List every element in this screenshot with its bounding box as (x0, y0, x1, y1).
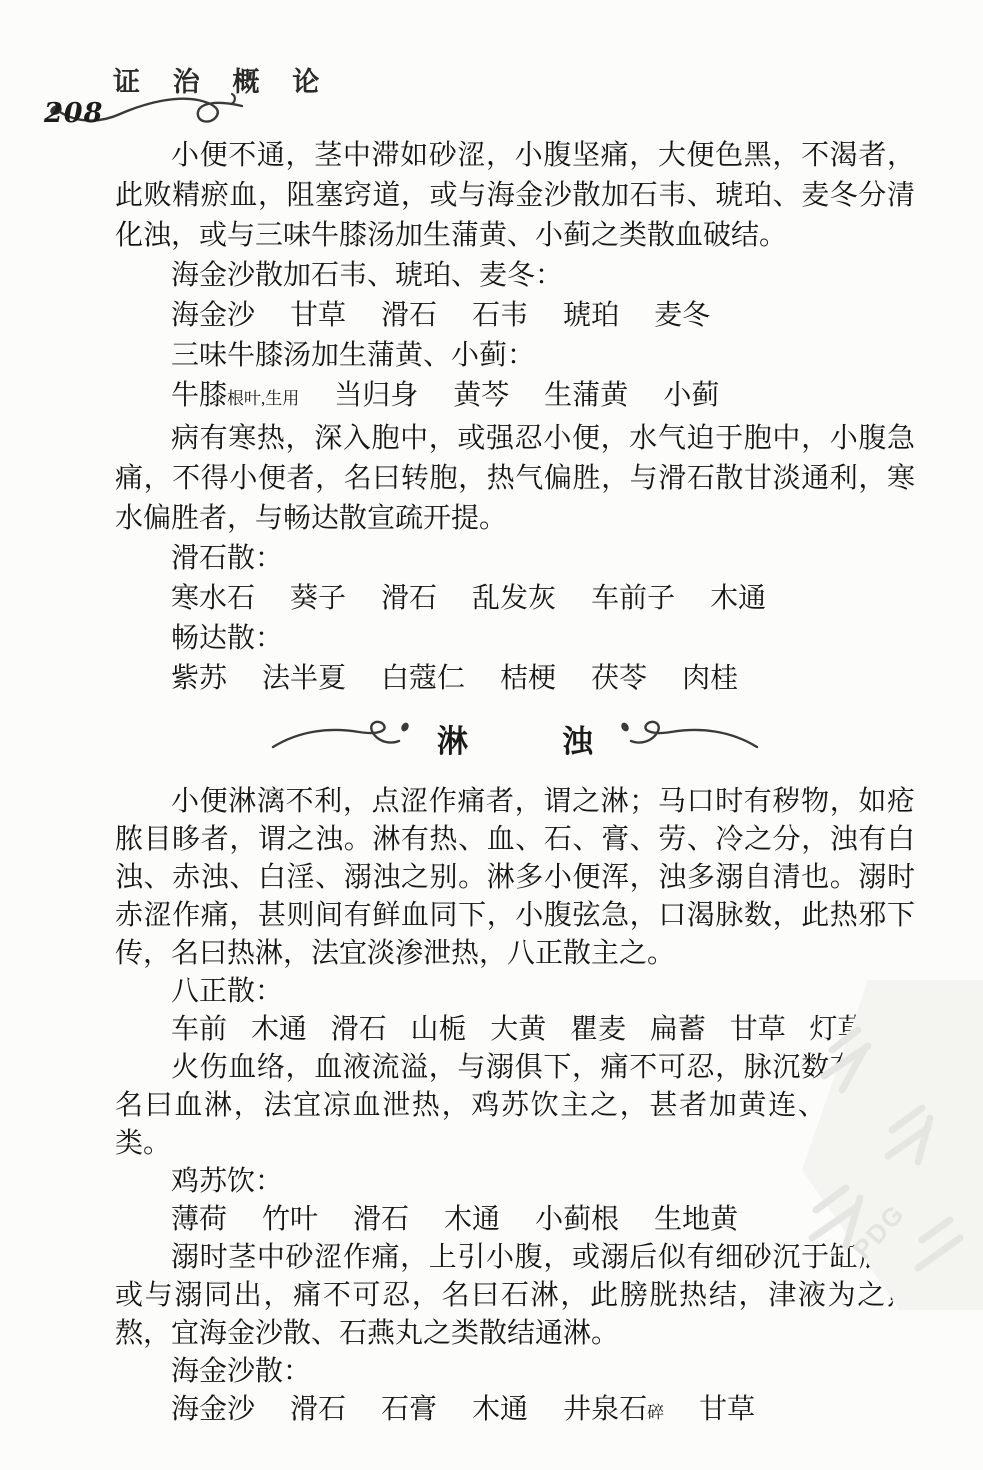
herb-name: 生蒲黄 (544, 376, 628, 416)
herb-name: 滑石 (381, 296, 437, 336)
herb-item: 木通 (251, 1011, 307, 1049)
herb-item: 石韦 (472, 296, 528, 336)
herb-item: 木通 (710, 579, 766, 619)
herb-note: 碎 (647, 1394, 664, 1432)
herb-item: 生蒲黄 (544, 376, 628, 416)
herb-name: 木通 (251, 1011, 307, 1049)
herb-item: 当归身 (334, 376, 418, 416)
herb-name: 寒水石 (171, 579, 255, 619)
herb-name: 海金沙 (171, 296, 255, 336)
herb-name: 黄芩 (453, 376, 509, 416)
herb-item: 琥珀 (563, 296, 619, 336)
herb-item: 竹叶 (262, 1201, 318, 1239)
formula-name: 鸡苏饮： (115, 1163, 915, 1201)
herb-item: 甘草 (699, 1391, 755, 1429)
herb-name: 麦冬 (654, 296, 710, 336)
herb-note: 根叶,生用 (227, 379, 299, 419)
herb-name: 大黄 (490, 1011, 546, 1049)
section-title: 淋 (437, 716, 468, 761)
herb-name: 甘草 (730, 1011, 786, 1049)
herb-list: 寒水石 葵子 滑石 乱发灰 车前子 木通 (115, 579, 915, 619)
herb-item: 滑石 (290, 1391, 346, 1429)
herb-list: 薄荷 竹叶 滑石 木通 小蓟根 生地黄 (115, 1201, 915, 1239)
herb-item: 紫苏 (171, 659, 227, 699)
herb-name: 滑石 (290, 1391, 346, 1429)
herb-name: 小蓟根 (535, 1201, 619, 1239)
paragraph: 小便淋漓不利，点涩作痛者，谓之淋；马口时有秽物，如疮脓目眵者，谓之浊。淋有热、血… (115, 783, 915, 973)
herb-name: 石韦 (472, 296, 528, 336)
herb-item: 车前 (171, 1011, 227, 1049)
herb-item: 茯苓 (591, 659, 647, 699)
herb-name: 木通 (472, 1391, 528, 1429)
formula-name: 滑石散： (115, 539, 915, 579)
book-page: 证 治 概 论 208 小便不通，茎中滞如砂涩，小腹坚痛，大便色黑，不渴者，此败… (0, 0, 983, 1470)
formula-name: 三味牛膝汤加生蒲黄、小蓟： (115, 336, 915, 376)
herb-list: 车前 木通 滑石 山栀 大黄 瞿麦 扁蓄 甘草 灯草 (115, 1011, 915, 1049)
herb-list: 牛膝根叶,生用 当归身 黄芩 生蒲黄 小蓟 (115, 376, 915, 419)
herb-item: 井泉石碎 (563, 1391, 664, 1432)
herb-name: 生地黄 (654, 1201, 738, 1239)
herb-list: 海金沙 滑石 石膏 木通 井泉石碎 甘草 (115, 1391, 915, 1432)
herb-item: 寒水石 (171, 579, 255, 619)
herb-item: 山栀 (410, 1011, 466, 1049)
formula-name: 畅达散： (115, 619, 915, 659)
herb-item: 小蓟根 (535, 1201, 619, 1239)
herb-name: 木通 (710, 579, 766, 619)
herb-name: 当归身 (334, 376, 418, 416)
herb-name: 法半夏 (262, 659, 346, 699)
section-title: 浊 (562, 716, 593, 761)
paragraph: 溺时茎中砂涩作痛，上引小腹，或溺后似有细砂沉于缸底，或与溺同出，痛不可忍，名曰石… (115, 1239, 915, 1353)
section-heading: 淋 浊 (115, 715, 915, 761)
herb-item: 木通 (472, 1391, 528, 1429)
herb-item: 滑石 (381, 296, 437, 336)
herb-name: 滑石 (331, 1011, 387, 1049)
title-flourish-right-icon (619, 717, 759, 759)
formula-name: 海金沙散加石韦、琥珀、麦冬： (115, 256, 915, 296)
herb-item: 甘草 (730, 1011, 786, 1049)
herb-item: 白蔻仁 (381, 659, 465, 699)
herb-item: 薄荷 (171, 1201, 227, 1239)
section-top: 小便不通，茎中滞如砂涩，小腹坚痛，大便色黑，不渴者，此败精瘀血，阻塞窍道，或与海… (115, 136, 915, 699)
herb-item: 海金沙 (171, 1391, 255, 1429)
herb-name: 山栀 (410, 1011, 466, 1049)
herb-item: 车前子 (591, 579, 675, 619)
herb-item: 滑石 (331, 1011, 387, 1049)
herb-item: 滑石 (381, 579, 437, 619)
formula-name: 八正散： (115, 973, 915, 1011)
herb-item: 滑石 (353, 1201, 409, 1239)
herb-name: 甘草 (290, 296, 346, 336)
herb-name: 白蔻仁 (381, 659, 465, 699)
herb-item: 海金沙 (171, 296, 255, 336)
herb-item: 生地黄 (654, 1201, 738, 1239)
formula-name: 海金沙散： (115, 1353, 915, 1391)
herb-item: 甘草 (290, 296, 346, 336)
herb-item: 桔梗 (500, 659, 556, 699)
herb-name: 葵子 (290, 579, 346, 619)
paragraph: 小便不通，茎中滞如砂涩，小腹坚痛，大便色黑，不渴者，此败精瘀血，阻塞窍道，或与海… (115, 136, 915, 256)
herb-item: 灯草 (810, 1011, 866, 1049)
herb-name: 瞿麦 (570, 1011, 626, 1049)
herb-name: 灯草 (810, 1011, 866, 1049)
herb-name: 扁蓄 (650, 1011, 706, 1049)
herb-name: 滑石 (381, 579, 437, 619)
paragraph: 火伤血络，血液流溢，与溺俱下，痛不可忍，脉沉数有力，名曰血淋，法宜凉血泄热，鸡苏… (115, 1049, 915, 1163)
herb-name: 桔梗 (500, 659, 556, 699)
herb-name: 琥珀 (563, 296, 619, 336)
herb-name: 井泉石 (563, 1391, 647, 1429)
herb-name: 肉桂 (682, 659, 738, 699)
herb-item: 法半夏 (262, 659, 346, 699)
herb-name: 薄荷 (171, 1201, 227, 1239)
herb-name: 车前 (171, 1011, 227, 1049)
herb-item: 大黄 (490, 1011, 546, 1049)
herb-item: 瞿麦 (570, 1011, 626, 1049)
herb-name: 海金沙 (171, 1391, 255, 1429)
section-linzhuo: 小便淋漓不利，点涩作痛者，谓之淋；马口时有秽物，如疮脓目眵者，谓之浊。淋有热、血… (115, 783, 915, 1432)
herb-list: 紫苏 法半夏 白蔻仁 桔梗 茯苓 肉桂 (115, 659, 915, 699)
herb-item: 葵子 (290, 579, 346, 619)
paragraph: 病有寒热，深入胞中，或强忍小便，水气迫于胞中，小腹急痛，不得小便者，名曰转胞，热… (115, 419, 915, 539)
herb-item: 肉桂 (682, 659, 738, 699)
herb-item: 扁蓄 (650, 1011, 706, 1049)
herb-name: 滑石 (353, 1201, 409, 1239)
title-flourish-left-icon (271, 717, 411, 759)
herb-name: 竹叶 (262, 1201, 318, 1239)
herb-item: 牛膝根叶,生用 (171, 376, 299, 419)
page-number: 208 (44, 98, 103, 129)
herb-name: 乱发灰 (472, 579, 556, 619)
herb-name: 牛膝 (171, 376, 227, 416)
herb-name: 车前子 (591, 579, 675, 619)
herb-item: 小蓟 (663, 376, 719, 416)
herb-item: 麦冬 (654, 296, 710, 336)
herb-item: 石膏 (381, 1391, 437, 1429)
herb-name: 紫苏 (171, 659, 227, 699)
page-content: 小便不通，茎中滞如砂涩，小腹坚痛，大便色黑，不渴者，此败精瘀血，阻塞窍道，或与海… (115, 136, 915, 1432)
herb-list: 海金沙 甘草 滑石 石韦 琥珀 麦冬 (115, 296, 915, 336)
herb-name: 石膏 (381, 1391, 437, 1429)
herb-name: 小蓟 (663, 376, 719, 416)
herb-name: 木通 (444, 1201, 500, 1239)
herb-item: 黄芩 (453, 376, 509, 416)
herb-name: 甘草 (699, 1391, 755, 1429)
herb-item: 木通 (444, 1201, 500, 1239)
herb-name: 茯苓 (591, 659, 647, 699)
herb-item: 乱发灰 (472, 579, 556, 619)
